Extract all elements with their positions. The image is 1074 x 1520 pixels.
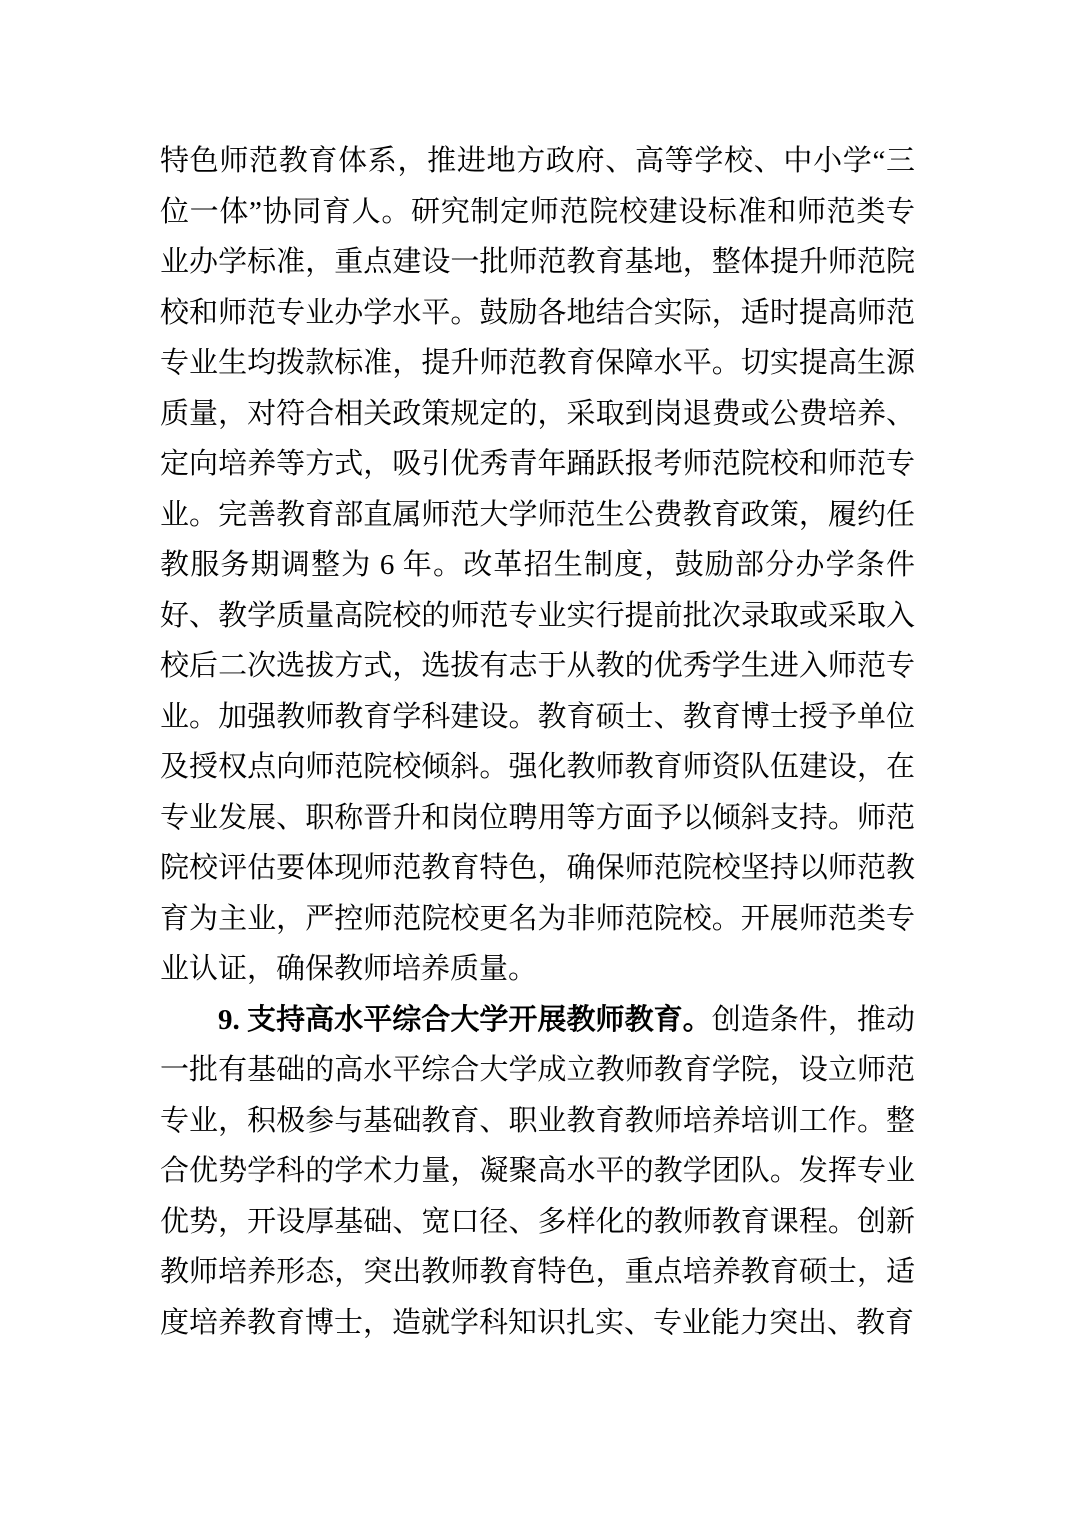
numbered-item-9-paragraph: 9. 支持高水平综合大学开展教师教育。创造条件，推动一批有基础的高水平综合大学成… — [160, 995, 915, 1349]
item-9-body-text: 创造条件，推动一批有基础的高水平综合大学成立教师教育学院，设立师范专业，积极参与… — [160, 1004, 915, 1339]
document-page: 特色师范教育体系，推进地方政府、高等学校、中小学“三位一体”协同育人。研究制定师… — [0, 0, 1074, 1520]
body-paragraph-continuation: 特色师范教育体系，推进地方政府、高等学校、中小学“三位一体”协同育人。研究制定师… — [160, 136, 915, 995]
item-9-heading: 9. 支持高水平综合大学开展教师教育。 — [218, 1004, 712, 1036]
document-content: 特色师范教育体系，推进地方政府、高等学校、中小学“三位一体”协同育人。研究制定师… — [160, 136, 915, 1348]
